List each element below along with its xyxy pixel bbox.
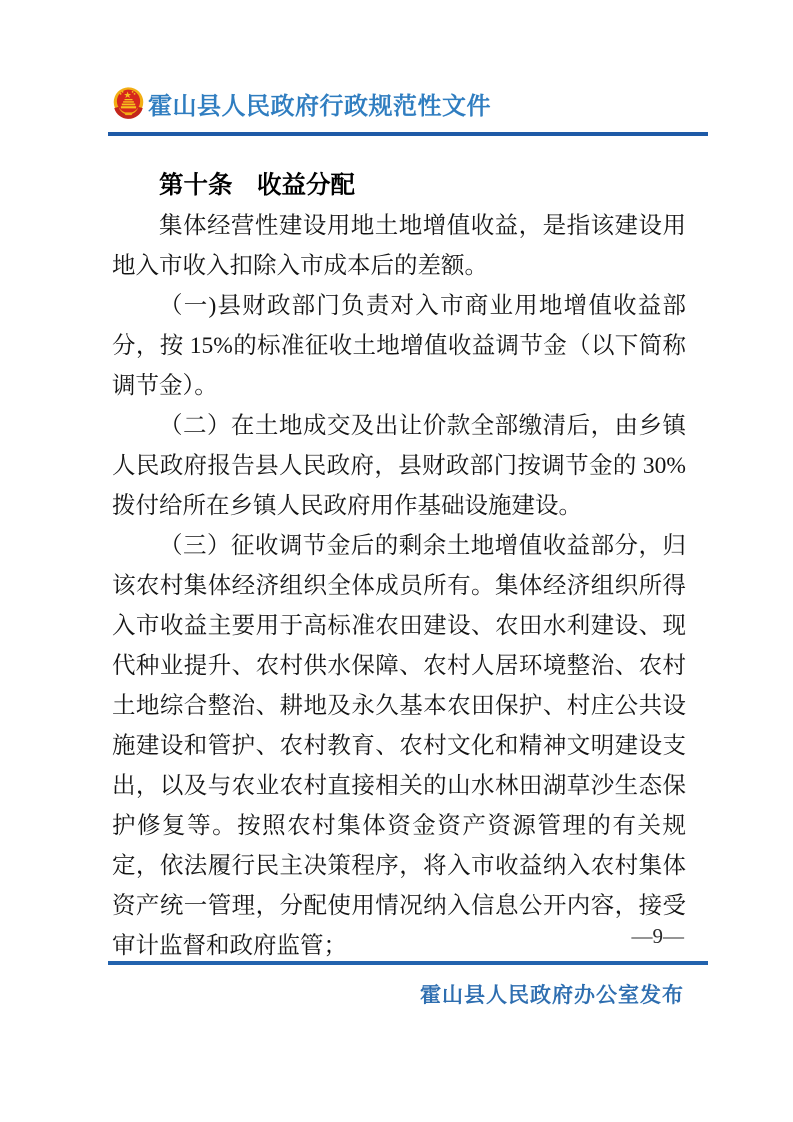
header-divider	[108, 132, 708, 136]
document-page: 霍山县人民政府行政规范性文件 第十条 收益分配 集体经营性建设用地土地增值收益，…	[0, 0, 793, 1122]
national-emblem-icon	[112, 86, 145, 120]
header-title: 霍山县人民政府行政规范性文件	[148, 86, 491, 121]
page-number: —9—	[112, 922, 684, 950]
footer-divider	[108, 961, 708, 965]
document-header: 霍山县人民政府行政规范性文件	[112, 85, 491, 121]
document-footer: 霍山县人民政府办公室发布	[112, 980, 684, 1010]
paragraph-definition: 集体经营性建设用地土地增值收益，是指该建设用地入市收入扣除入市成本后的差额。	[112, 206, 686, 286]
footer-publisher: 霍山县人民政府办公室发布	[420, 983, 684, 1007]
paragraph-item-2: （二）在土地成交及出让价款全部缴清后，由乡镇人民政府报告县人民政府，县财政部门按…	[112, 406, 686, 526]
article-title: 第十条 收益分配	[112, 166, 686, 206]
paragraph-item-3: （三）征收调节金后的剩余土地增值收益部分，归该农村集体经济组织全体成员所有。集体…	[112, 526, 686, 966]
paragraph-item-1: （一)县财政部门负责对入市商业用地增值收益部分，按 15%的标准征收土地增值收益…	[112, 286, 686, 406]
document-body: 第十条 收益分配 集体经营性建设用地土地增值收益，是指该建设用地入市收入扣除入市…	[112, 166, 686, 966]
